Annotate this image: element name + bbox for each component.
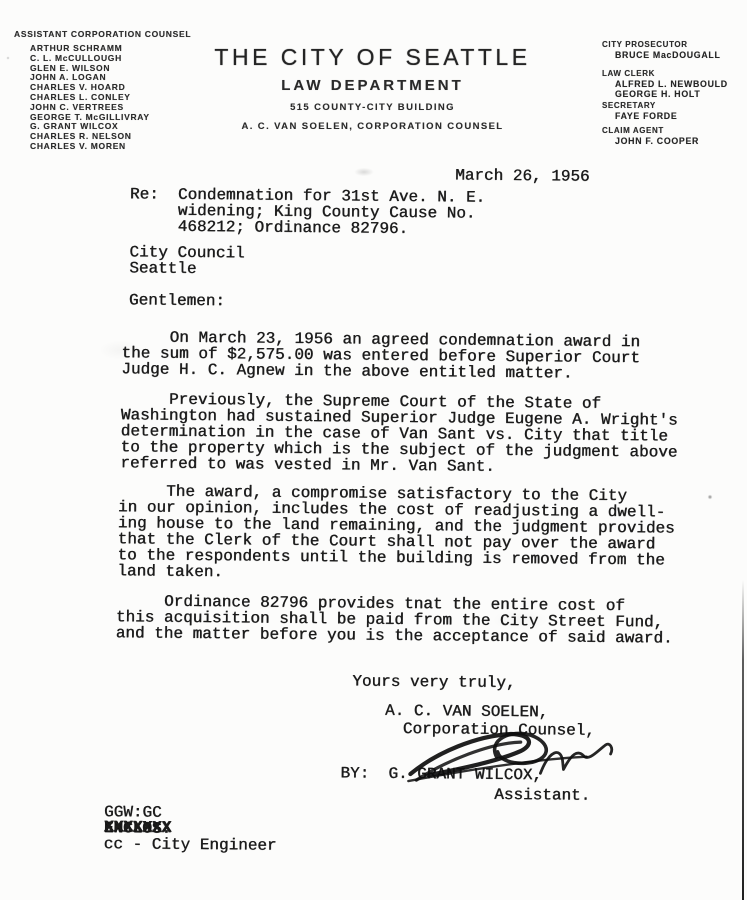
signature-image [324, 701, 635, 814]
recipient-address: City Council Seattle [129, 244, 245, 277]
salutation: Gentlemen: [129, 292, 225, 309]
body-paragraph-1: On March 23, 1956 an agreed condemnation… [121, 329, 640, 382]
cc-line: cc - City Engineer [104, 836, 277, 854]
scanned-letter-page: ASSISTANT CORPORATION COUNSEL ARTHUR SCH… [0, 0, 747, 900]
body-paragraph-4: Ordinance 82796 provides tnat the entire… [116, 593, 673, 646]
overstrike-xxx: XXXXXXX [104, 819, 171, 836]
body-paragraph-3: The award, a compromise satisfactory to … [117, 483, 675, 584]
letter-date: March 26, 1956 [455, 167, 590, 184]
typed-letter-body: March 26, 1956 Re: Condemnation for 31st… [0, 0, 747, 900]
body-paragraph-2: Previously, the Supreme Court of the Sta… [120, 391, 678, 476]
scan-edge-artifact [742, 580, 744, 900]
valediction: Yours very truly, [352, 673, 515, 691]
re-subject-block: Re: Condemnation for 31st Ave. N. E. wid… [130, 186, 486, 237]
